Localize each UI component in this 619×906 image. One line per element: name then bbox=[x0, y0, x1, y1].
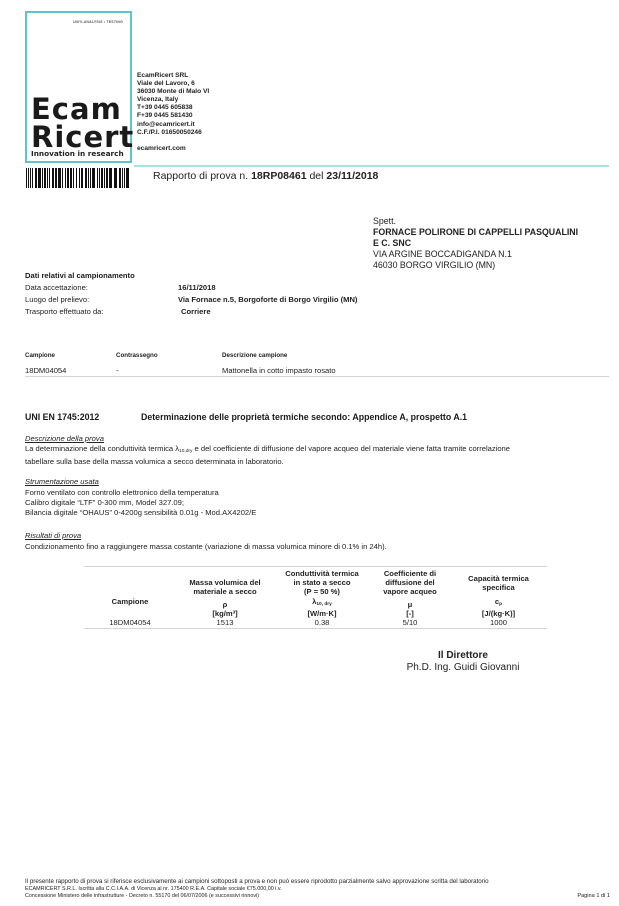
cell-coefficiente: 5/10 bbox=[370, 618, 450, 629]
description-text: La determinazione della conduttività ter… bbox=[25, 444, 615, 467]
sample-id: 18DM04054 bbox=[25, 366, 66, 375]
instruments-list: Forno ventilato con controllo elettronic… bbox=[25, 488, 615, 518]
logo-word-ricert: Ricert bbox=[31, 123, 134, 152]
report-prefix: Rapporto di prova n. bbox=[153, 170, 248, 182]
footer-concession: Concessione Ministero delle infrastruttu… bbox=[25, 893, 610, 901]
instrument-item: Forno ventilato con controllo elettronic… bbox=[25, 488, 615, 498]
sample-header-contrassegno: Contrassegno bbox=[116, 352, 158, 359]
page-footer: Il presente rapporto di prova si riferis… bbox=[25, 878, 610, 901]
company-line: C.F./P.I. 01650050246 bbox=[137, 129, 209, 137]
report-date: 23/11/2018 bbox=[326, 170, 378, 182]
results-header-massa: Massa volumica del materiale a secco bbox=[176, 567, 274, 597]
signature-name: Ph.D. Ing. Guidi Giovanni bbox=[368, 662, 558, 674]
sampling-title: Dati relativi al campionamento bbox=[25, 271, 135, 280]
standard-code: UNI EN 1745:2012 bbox=[25, 412, 99, 422]
sample-header-descrizione: Descrizione campione bbox=[222, 352, 287, 359]
results-header-campione: Campione bbox=[84, 567, 176, 619]
signature-block: Il Direttore Ph.D. Ing. Guidi Giovanni bbox=[368, 650, 558, 674]
page-number: Pagina 1 di 1 bbox=[577, 893, 610, 901]
report-title: Rapporto di prova n. 18RP08461 del 23/11… bbox=[153, 170, 378, 182]
company-line: Vicenza, Italy bbox=[137, 96, 209, 104]
logo-subtitle: Innovation in research bbox=[31, 149, 124, 158]
signature-role: Il Direttore bbox=[368, 650, 558, 662]
symbol-mu: μ bbox=[370, 597, 450, 609]
sampling-row: Data accettazione:16/11/2018 bbox=[25, 283, 216, 292]
lambda-subscript: 10,dry bbox=[179, 449, 192, 454]
sampling-row: Luogo del prelievo:Via Fornace n.5, Borg… bbox=[25, 295, 357, 304]
results-header-capacita: Capacità termica specifica bbox=[450, 567, 547, 597]
sampling-label: Data accettazione: bbox=[25, 283, 178, 292]
cell-campione: 18DM04054 bbox=[84, 618, 176, 629]
recipient-block: Spett. FORNACE POLIRONE DI CAPPELLI PASQ… bbox=[373, 216, 578, 271]
recipient-name-2: E C. SNC bbox=[373, 238, 578, 249]
description-text-b: e del coefficiente di diffusione del vap… bbox=[192, 444, 510, 453]
sample-mark: - bbox=[116, 366, 119, 375]
company-line: Viale del Lavoro, 6 bbox=[137, 80, 209, 88]
recipient-salutation: Spett. bbox=[373, 216, 578, 227]
results-header-conduttivita: Conduttività termica in stato a secco (P… bbox=[274, 567, 370, 597]
description-text-a: La determinazione della conduttività ter… bbox=[25, 444, 179, 453]
symbol-lambda: λ10, dry bbox=[274, 597, 370, 609]
footer-disclaimer: Il presente rapporto di prova si riferis… bbox=[25, 878, 610, 886]
sampling-value: 16/11/2018 bbox=[178, 283, 216, 292]
cell-conduttivita: 0.38 bbox=[274, 618, 370, 629]
company-line: 36030 Monte di Malo VI bbox=[137, 88, 209, 96]
company-website: ecamricert.com bbox=[137, 145, 209, 153]
company-address: EcamRicert SRL Viale del Lavoro, 6 36030… bbox=[137, 72, 209, 153]
results-heading: Risultati di prova bbox=[25, 531, 81, 540]
sampling-label: Luogo del prelievo: bbox=[25, 295, 178, 304]
report-del: del bbox=[309, 170, 323, 182]
company-line: F+39 0445 581430 bbox=[137, 112, 209, 120]
company-logo: 100% ANALYSIS • TESTING Ecam Ricert Inno… bbox=[25, 11, 132, 163]
sampling-label: Trasporto effettuato da: bbox=[25, 307, 178, 316]
cell-massa: 1513 bbox=[176, 618, 274, 629]
footer-registration: ECAMRICERT S.R.L. Iscritta alla C.C.I.A.… bbox=[25, 886, 610, 894]
unit-conduttivita: [W/m·K] bbox=[274, 609, 370, 618]
unit-massa: [kg/m³] bbox=[176, 609, 274, 618]
company-line: info@ecamricert.it bbox=[137, 121, 209, 129]
instrument-item: Bilancia digitale “OHAUS” 0-4200g sensib… bbox=[25, 508, 615, 518]
recipient-city: 46030 BORGO VIRGILIO (MN) bbox=[373, 260, 578, 271]
standard-title: Determinazione delle proprietà termiche … bbox=[141, 412, 467, 422]
sampling-value: Corriere bbox=[181, 307, 211, 316]
barcode-icon bbox=[26, 168, 129, 188]
sample-table-divider bbox=[25, 376, 609, 377]
recipient-address: VIA ARGINE BOCCADIGANDA N.1 bbox=[373, 249, 578, 260]
cell-capacita: 1000 bbox=[450, 618, 547, 629]
table-row: 18DM04054 1513 0.38 5/10 1000 bbox=[84, 618, 547, 629]
instrument-item: Calibro digitale “LTF” 0-300 mm, Model 3… bbox=[25, 498, 615, 508]
sample-description: Mattonella in cotto impasto rosato bbox=[222, 366, 336, 375]
description-text-line2: tabellare sulla base della massa volumic… bbox=[25, 457, 615, 467]
results-table: Campione Massa volumica del materiale a … bbox=[84, 566, 547, 629]
results-header-coefficiente: Coefficiente di diffusione del vapore ac… bbox=[370, 567, 450, 597]
results-text: Condizionamento fino a raggiungere massa… bbox=[25, 542, 615, 552]
logo-tagline: 100% ANALYSIS • TESTING bbox=[73, 20, 123, 24]
description-heading: Descrizione della prova bbox=[25, 434, 104, 443]
symbol-rho: ρ bbox=[176, 597, 274, 609]
sampling-row: Trasporto effettuato da:Corriere bbox=[25, 307, 211, 316]
header-divider bbox=[134, 165, 609, 167]
report-number: 18RP08461 bbox=[251, 170, 306, 182]
instruments-heading: Strumentazione usata bbox=[25, 477, 99, 486]
sampling-value: Via Fornace n.5, Borgoforte di Borgo Vir… bbox=[178, 295, 357, 304]
unit-capacita: [J/(kg·K)] bbox=[450, 609, 547, 618]
company-line: T+39 0445 605838 bbox=[137, 104, 209, 112]
unit-coefficiente: [-] bbox=[370, 609, 450, 618]
company-line: EcamRicert SRL bbox=[137, 72, 209, 80]
recipient-name: FORNACE POLIRONE DI CAPPELLI PASQUALINI bbox=[373, 227, 578, 238]
symbol-cp: cp bbox=[450, 597, 547, 609]
sample-header-campione: Campione bbox=[25, 352, 55, 359]
